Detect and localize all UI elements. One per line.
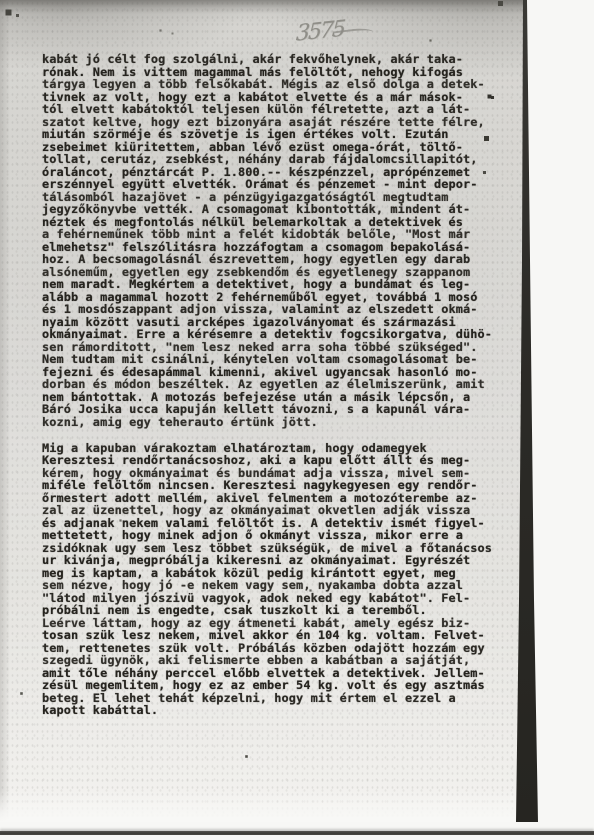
- typewritten-line: tollat, cerutáz, zsebkést, néhány darab …: [42, 153, 494, 166]
- typewritten-line: nem maradt. Megkértem a detektivet, hogy…: [42, 278, 494, 291]
- typewritten-line: tosan szük lesz nekem, mivel akkor én 10…: [42, 629, 494, 642]
- typewritten-line: sem nézve, hogy jó -e nekem vagy sem, ny…: [42, 579, 494, 592]
- paper-background: 3575 kabát jó célt fog szolgálni, akár f…: [0, 0, 524, 822]
- typewritten-line: kozni, amig egy teherauto értünk jött.: [42, 416, 494, 429]
- typewritten-line: beteg. El lehet tehát képzelni, hogy mit…: [42, 692, 494, 705]
- scan-left-edge-shadow: [0, 0, 10, 822]
- typewritten-line: okmányaimat. Erre a kérésemre a detektiv…: [42, 328, 494, 341]
- typewritten-line: tárgya legyen a több felsőkabát. Mégis a…: [42, 78, 494, 91]
- typewritten-line: szatot keltve, hogy ezt bizonyára asaját…: [42, 116, 494, 129]
- typewritten-line: próbálni nem is engedte, csak tuszkolt k…: [42, 604, 494, 617]
- scan-top-edge-shadow: [0, 0, 524, 14]
- typewritten-line: szegedi ügynök, aki felismerte ebben a k…: [42, 654, 494, 667]
- scan-bottom-line: [0, 831, 594, 835]
- typewritten-line: jegyzőkönyvbe vették. A csomagomat kibon…: [42, 203, 494, 216]
- paragraph: Mig a kapuban várakoztam elhatároztam, h…: [42, 442, 494, 717]
- typewritten-line: Báró Josika ucca kapuján kellett távozni…: [42, 403, 494, 416]
- typewritten-line: dorban és módon beszéltek. Az egyetlen a…: [42, 378, 494, 391]
- typewritten-text: kabát jó célt fog szolgálni, akár fekvőh…: [42, 53, 494, 717]
- typewritten-line: miután szörméje és szövetje is igen érté…: [42, 128, 494, 141]
- paragraph: kabát jó célt fog szolgálni, akár fekvőh…: [42, 53, 494, 428]
- typewritten-line: és 1 mosdószappant adjon vissza, valamin…: [42, 303, 494, 316]
- typewritten-line: zésül megemlitem, hogy ez az ember 54 kg…: [42, 679, 494, 692]
- typewritten-line: kabát jó célt fog szolgálni, akár fekvőh…: [42, 53, 494, 66]
- typewritten-line: "látod milyen jószivü vagyok, adok neked…: [42, 592, 494, 605]
- typewritten-line: tól elvett kabátoktól teljesen külön fél…: [42, 103, 494, 116]
- typewritten-line: kapott kabáttal.: [42, 704, 494, 717]
- typewritten-line: alsóneműm, egyetlen egy zsebkendőm és eg…: [42, 266, 494, 279]
- typewritten-line: hoz. A becsomagolásnál észrevettem, hogy…: [42, 253, 494, 266]
- paper-bottom-fade: [0, 790, 524, 822]
- typewritten-line: Keresztesi rendőrtanácsoshoz, aki a kapu…: [42, 454, 494, 467]
- typewritten-line: mettetett, hogy minek adjon ő okmányt vi…: [42, 529, 494, 542]
- typewritten-line: zsidóknak ugy sem lesz többet szükségük,…: [42, 542, 494, 555]
- typewritten-line: zal az üzenettel, hogy az okmányaimat ok…: [42, 504, 494, 517]
- typewritten-line: erszénnyel együtt elvették. Orámat és pé…: [42, 178, 494, 191]
- scanned-document-page: 3575 kabát jó célt fog szolgálni, akár f…: [0, 0, 594, 840]
- typewritten-line: ur kivánja, megpróbálja kikeresni az okm…: [42, 554, 494, 567]
- typewritten-line: miféle felöltőm nincsen. Keresztesi nagy…: [42, 479, 494, 492]
- typewritten-line: a fehérneműnek több mint a felét kidobtá…: [42, 228, 494, 241]
- paper-specks: [0, 0, 1, 1]
- typewritten-line: kérem, hogy okmányaimat és bundámat adja…: [42, 467, 494, 480]
- typewritten-line: Nem tudtam mit csinálni, kénytelen volta…: [42, 353, 494, 366]
- typewritten-line: Mig a kapuban várakoztam elhatároztam, h…: [42, 442, 494, 455]
- typewritten-line: Leérve láttam, hogy az egy átmeneti kabá…: [42, 617, 494, 630]
